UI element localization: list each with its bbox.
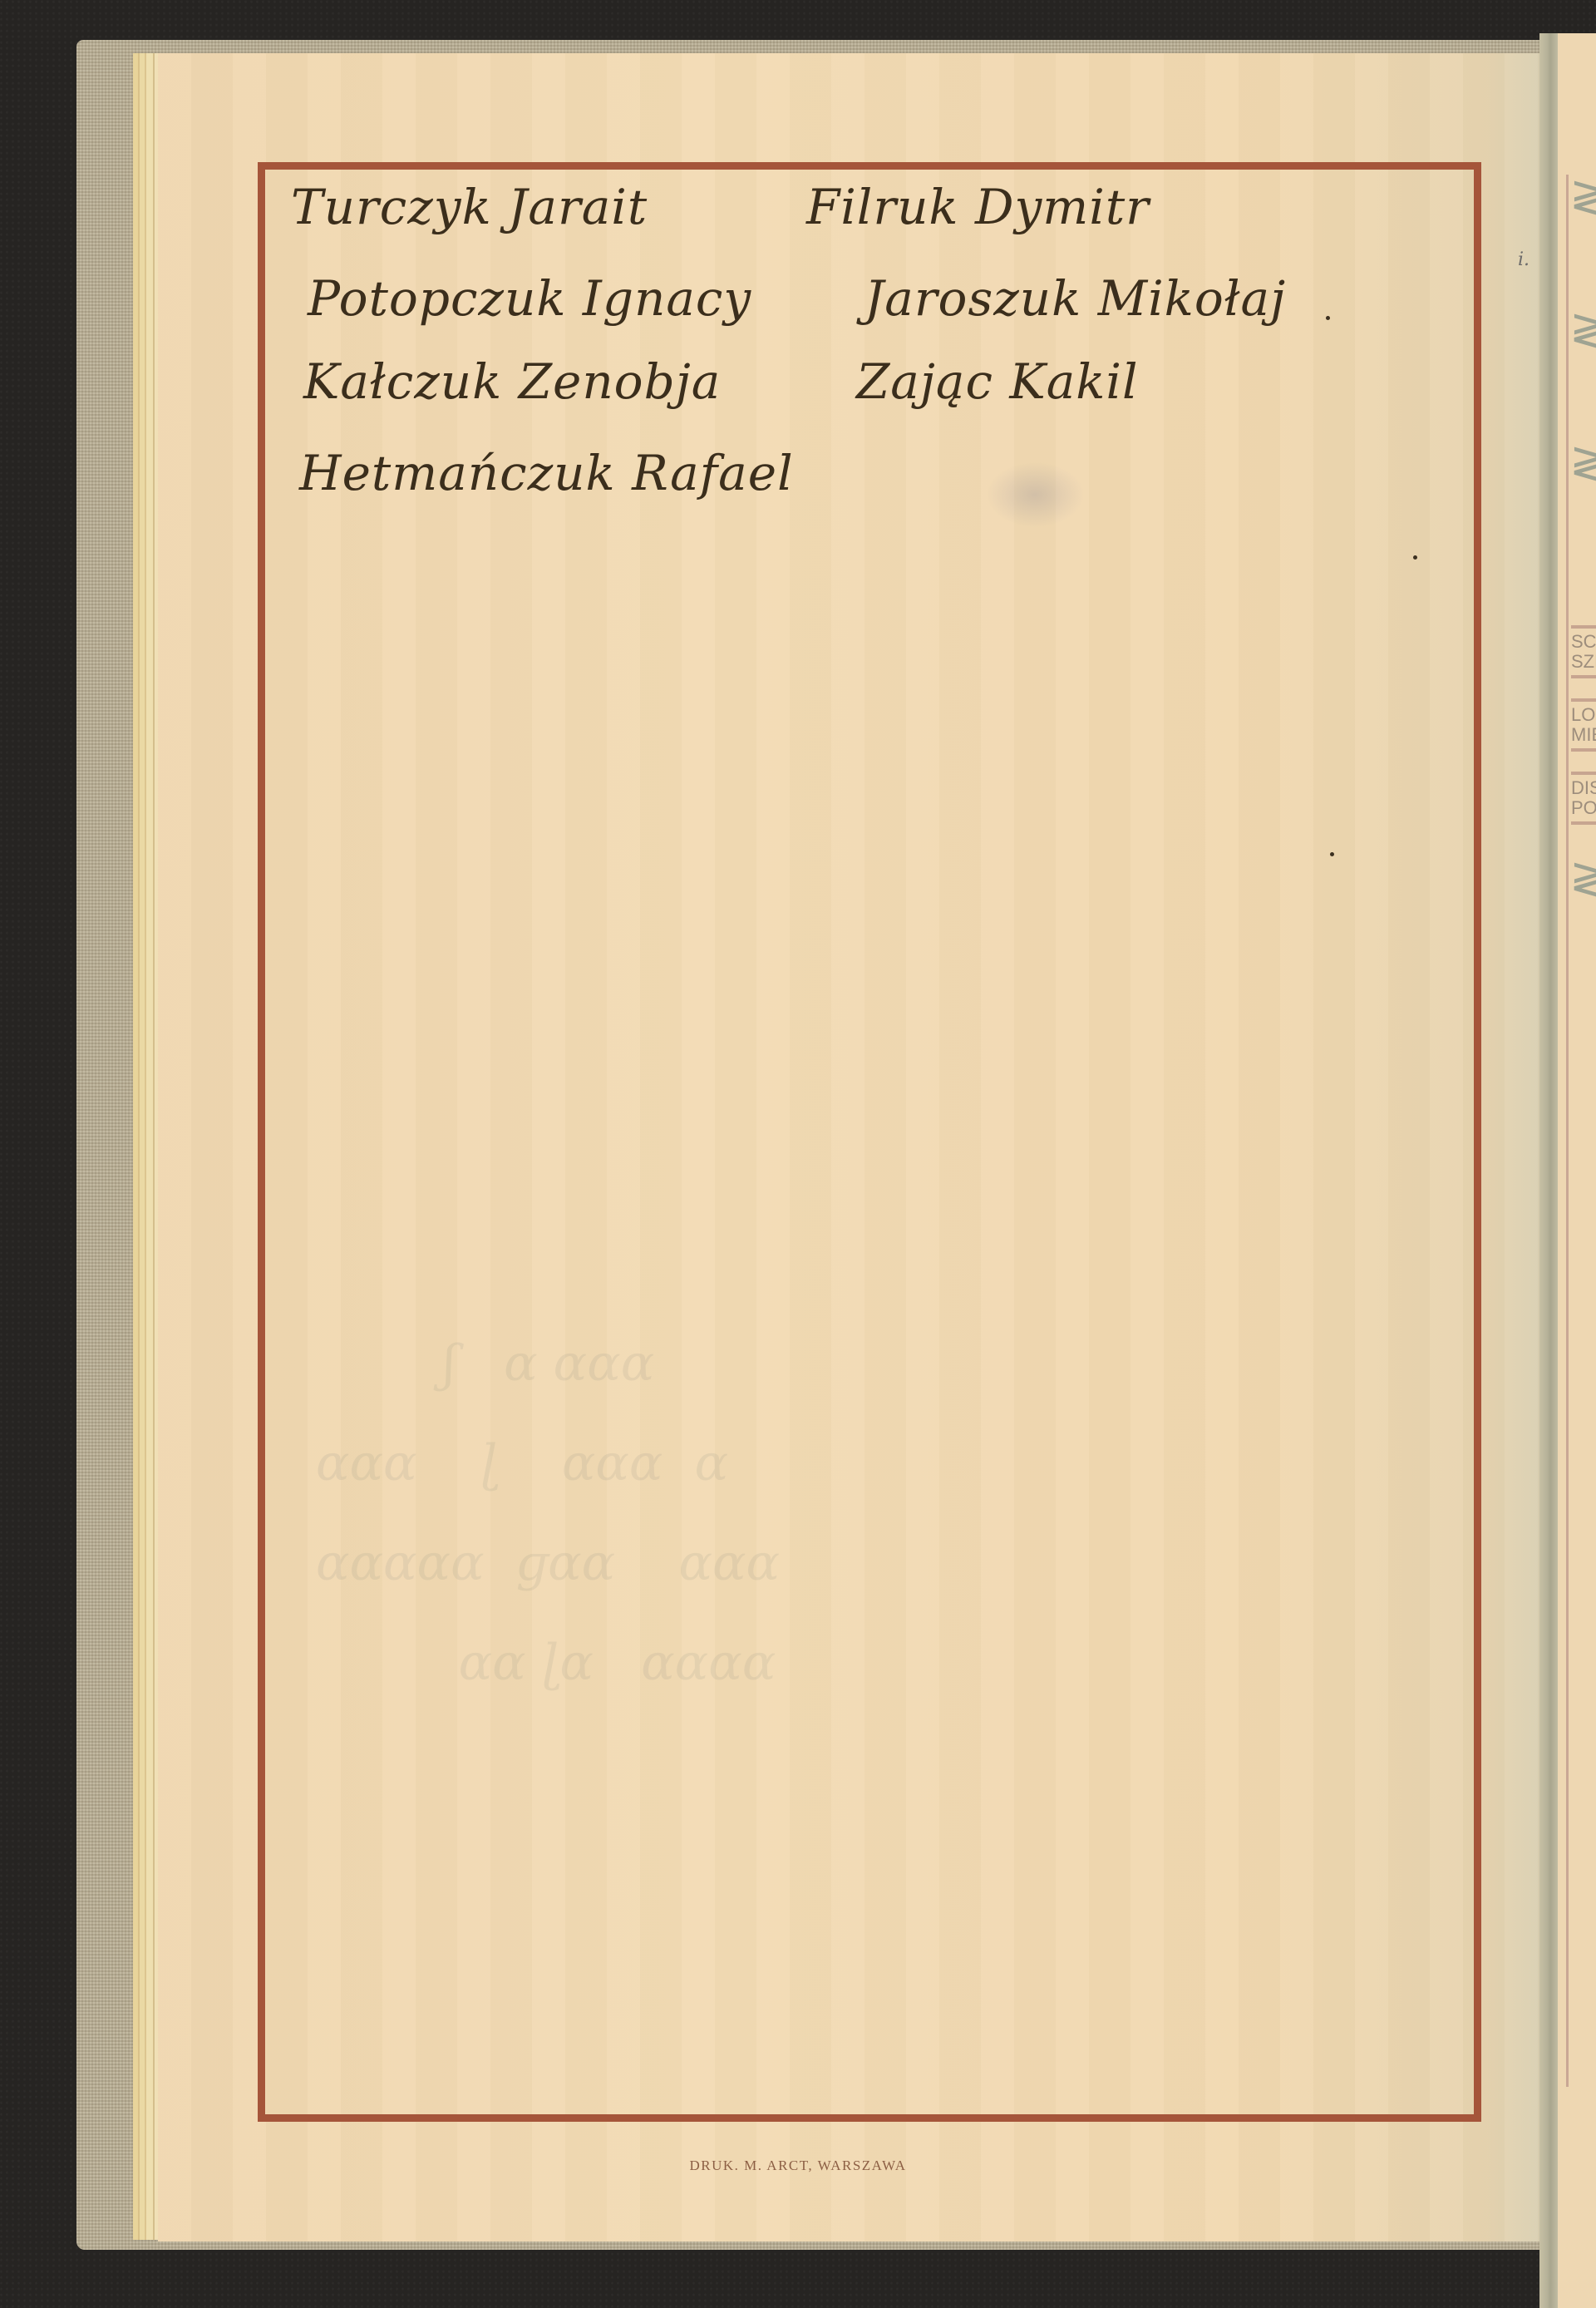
entry-name: Filruk Dymitr bbox=[806, 179, 1150, 235]
ornament-icon: ≷ bbox=[1569, 441, 1596, 487]
entry-line-4: Hetmańczuk Rafael bbox=[291, 445, 1455, 528]
page-edges bbox=[133, 53, 160, 2240]
handwritten-entries: Turczyk Jarait Filruk Dymitr Potopczuk I… bbox=[291, 179, 1455, 528]
ornament-icon: ≷ bbox=[1569, 308, 1596, 354]
facing-page-label: DIST POW bbox=[1571, 772, 1596, 825]
ornament-icon: ≷ bbox=[1569, 175, 1596, 221]
facing-page-label: LOCA MIEJ bbox=[1571, 698, 1596, 752]
entry-line-3: Kałczuk Zenobja Zając Kakil bbox=[291, 353, 1455, 436]
ink-dot bbox=[1413, 555, 1417, 560]
entry-line-1: Turczyk Jarait Filruk Dymitr bbox=[291, 179, 1455, 262]
printer-imprint: DRUK. M. ARCT, WARSZAWA bbox=[0, 2158, 1596, 2174]
entry-name: Kałczuk Zenobja bbox=[303, 353, 721, 410]
facing-page-sliver: ≷ ≷ ≷ SCHO SZKO LOCA MIEJ DIST POW ≷ bbox=[1558, 33, 1596, 2308]
reverse-side-show-through: ʃ ɑ ɑɑɑ ɑɑɑ ɭ ɑɑɑ ɑ ɑɑɑɑɑ ɡɑɑ ɑɑɑ ɑɑ ɭɑ … bbox=[316, 1314, 1446, 1896]
entry-name: Potopczuk Ignacy bbox=[308, 270, 751, 327]
ink-dot bbox=[1330, 852, 1334, 856]
entry-line-2: Potopczuk Ignacy Jaroszuk Mikołaj bbox=[291, 270, 1455, 353]
entry-name: Turczyk Jarait bbox=[291, 179, 648, 235]
ink-dot bbox=[1326, 316, 1330, 320]
entry-name: Jaroszuk Mikołaj bbox=[864, 270, 1286, 327]
spine-gutter bbox=[1539, 33, 1558, 2308]
entry-name: Zając Kakil bbox=[856, 353, 1139, 410]
margin-mark: i. bbox=[1518, 249, 1529, 270]
entry-name: Hetmańczuk Rafael bbox=[299, 445, 794, 501]
facing-page-label: SCHO SZKO bbox=[1571, 625, 1596, 678]
ornament-icon: ≷ bbox=[1569, 856, 1596, 903]
